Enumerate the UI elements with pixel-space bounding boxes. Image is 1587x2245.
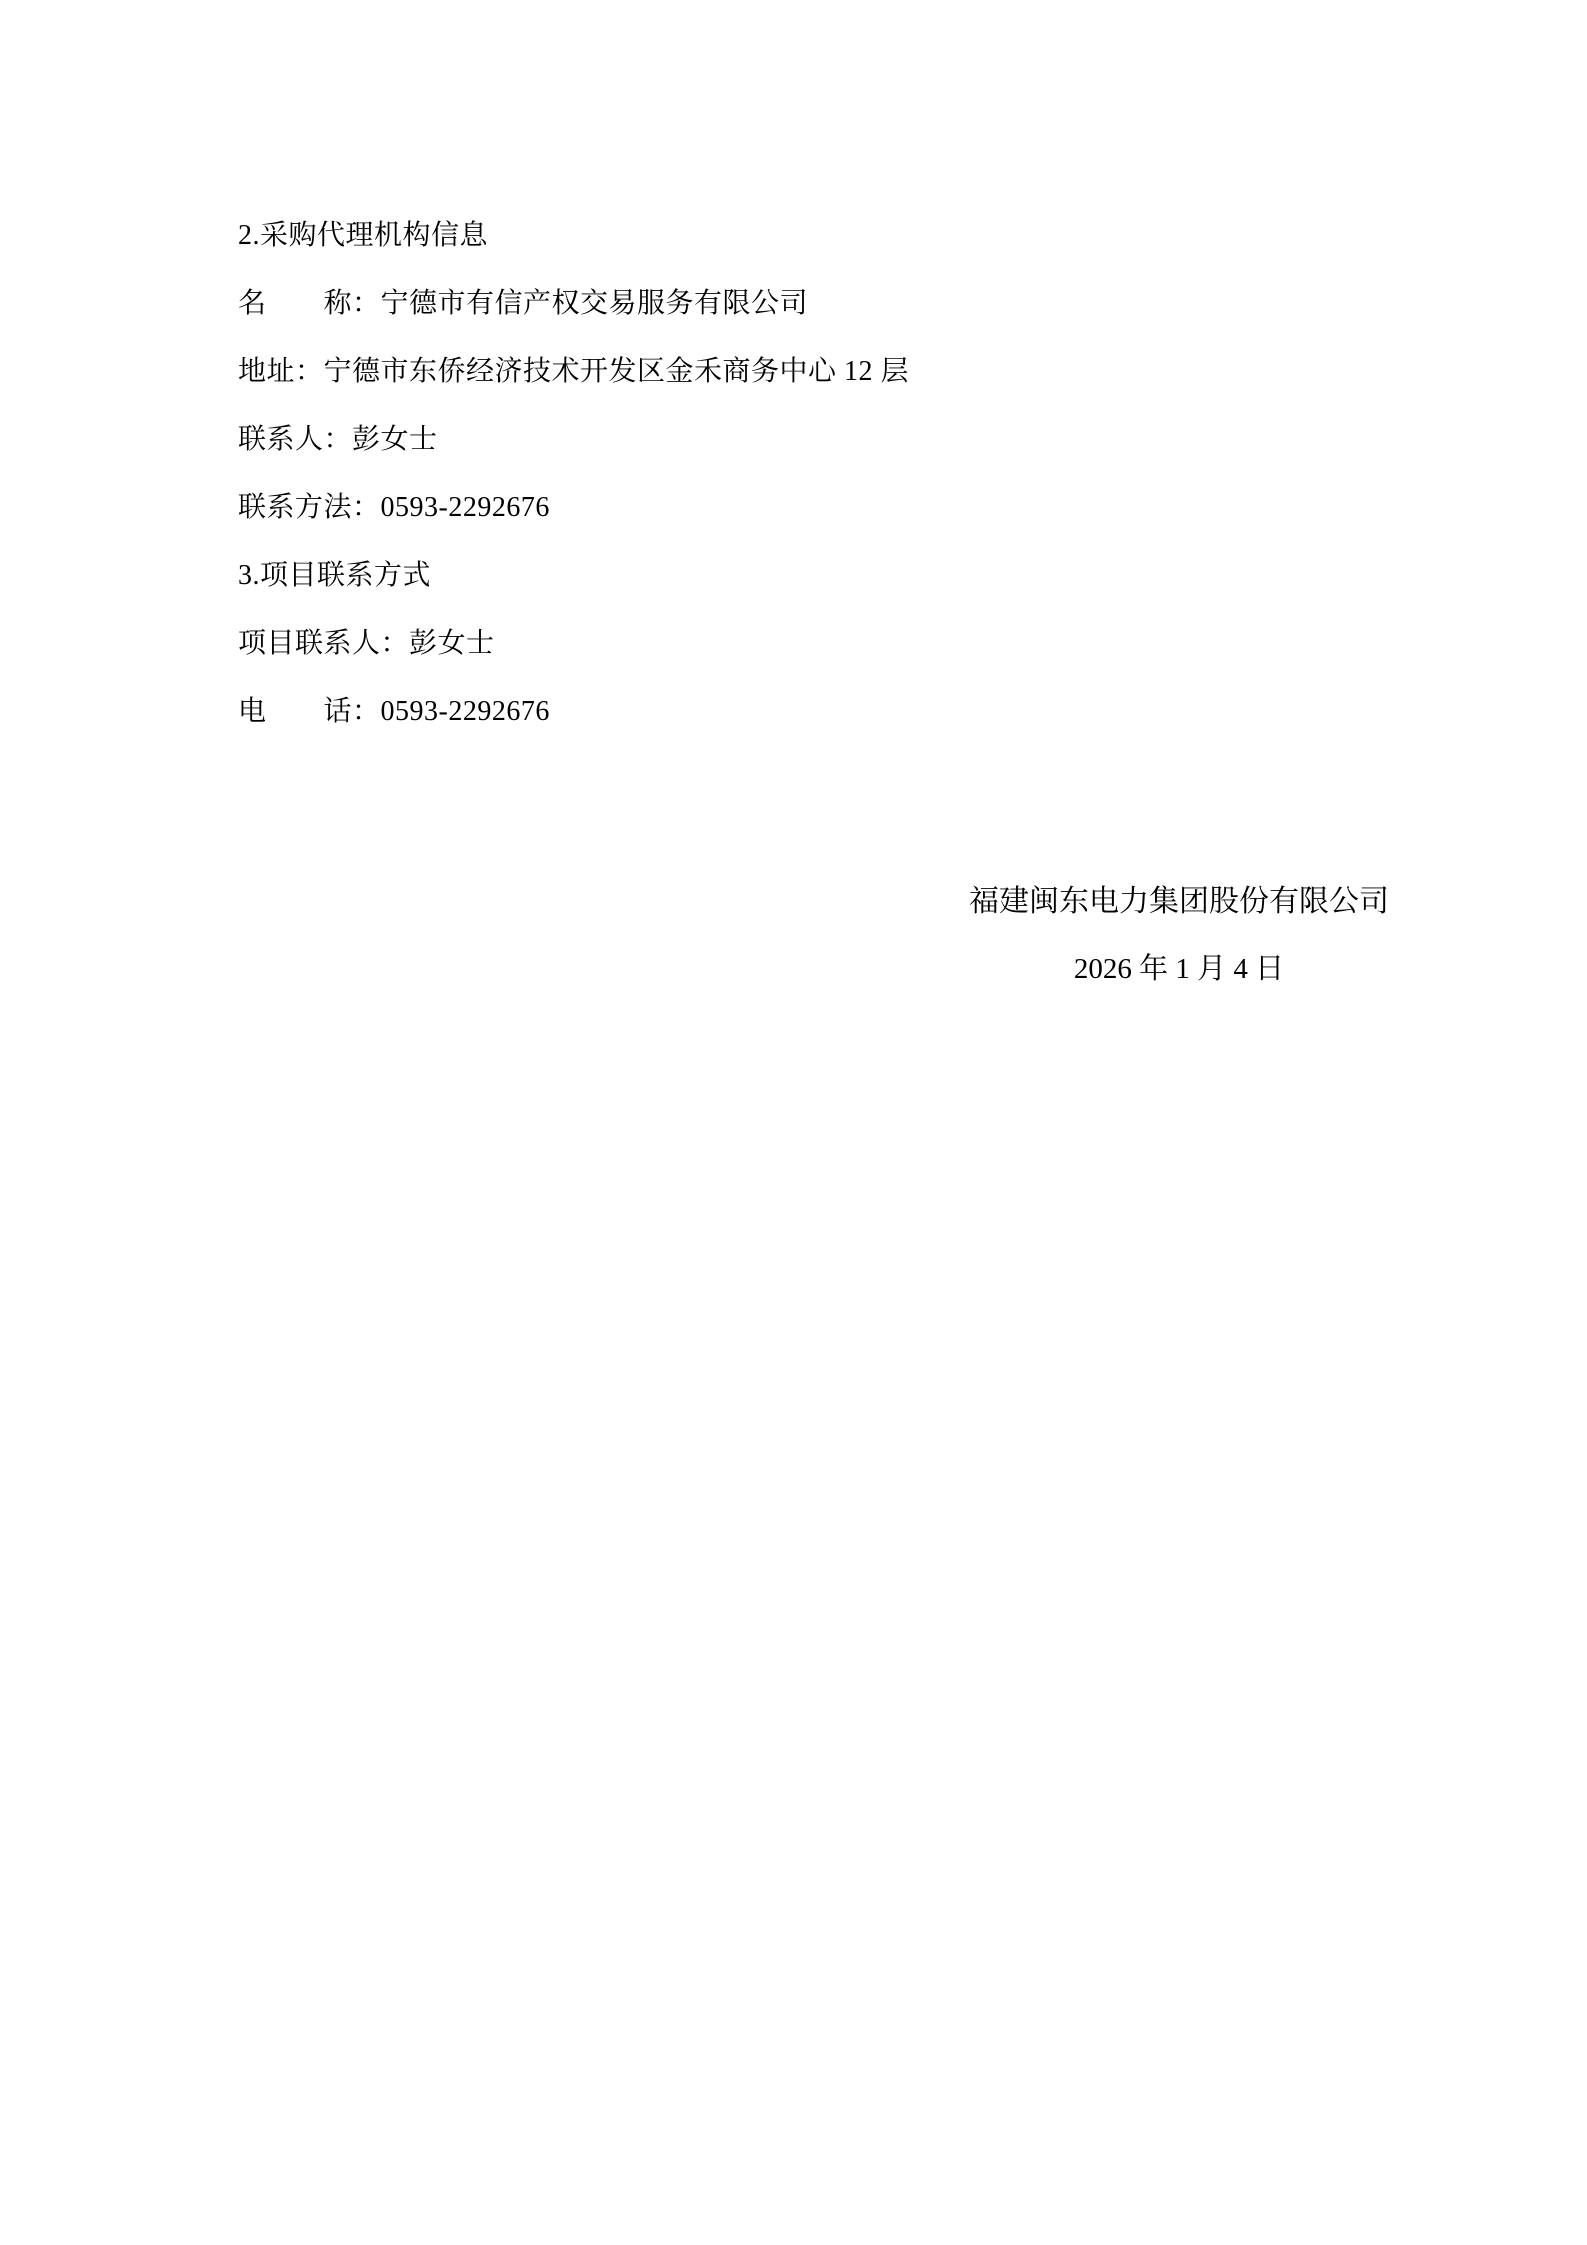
project-phone-line: 电 话：0593-2292676 — [238, 697, 1387, 726]
agency-name-line: 名 称：宁德市有信产权交易服务有限公司 — [238, 289, 1387, 318]
signature-date: 2026 年 1 月 4 日 — [969, 955, 1389, 984]
document-content: 2.采购代理机构信息 名 称：宁德市有信产权交易服务有限公司 地址：宁德市东侨经… — [238, 0, 1387, 984]
document-page: 2.采购代理机构信息 名 称：宁德市有信产权交易服务有限公司 地址：宁德市东侨经… — [0, 0, 1587, 2245]
agency-phone-line: 联系方法：0593-2292676 — [238, 493, 1387, 522]
signature-company-name: 福建闽东电力集团股份有限公司 — [969, 887, 1389, 917]
project-section-heading: 3.项目联系方式 — [238, 561, 1387, 590]
agency-section-heading: 2.采购代理机构信息 — [238, 221, 1387, 250]
agency-address-line: 地址：宁德市东侨经济技术开发区金禾商务中心 12 层 — [238, 357, 1387, 386]
agency-contact-line: 联系人：彭女士 — [238, 425, 1387, 454]
project-contact-line: 项目联系人：彭女士 — [238, 629, 1387, 658]
top-margin-spacer — [238, 0, 1387, 221]
signature-block: 福建闽东电力集团股份有限公司 2026 年 1 月 4 日 — [969, 887, 1389, 984]
